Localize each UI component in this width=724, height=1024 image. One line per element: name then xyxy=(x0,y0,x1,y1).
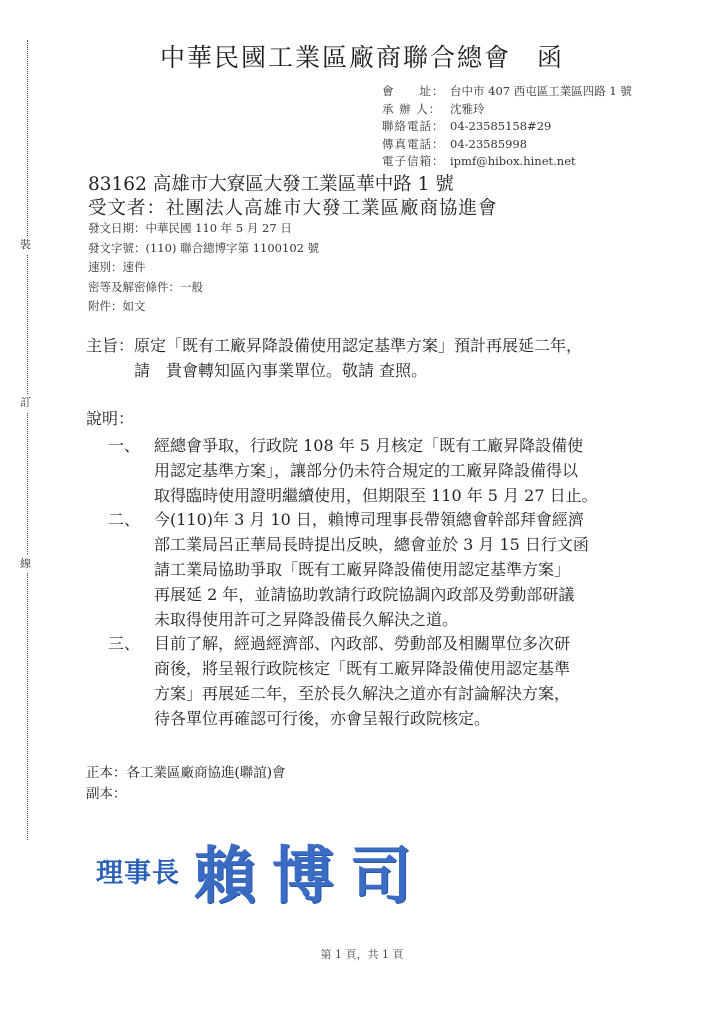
item-line: 待各單位再確認可行後，亦會呈報行政院核定。 xyxy=(154,707,668,732)
item-line: 部工業局呂正華局長時提出反映，總會並於 3 月 15 日行文函 xyxy=(154,533,668,558)
explanation-title: 說明： xyxy=(86,406,134,429)
contact-phone: 聯絡電話：04-23585158#29 xyxy=(382,118,632,136)
explanation-item: 一、 經總會爭取，行政院 108 年 5 月核定「既有工廠昇降設備使 用認定基準… xyxy=(108,434,668,508)
explanation-item: 三、 目前了解，經過經濟部、內政部、勞動部及相關單位多次研 商後，將呈報行政院核… xyxy=(108,632,668,731)
item-line: 商後，將呈報行政院核定「既有工廠昇降設備使用認定基準 xyxy=(154,657,668,682)
attachments: 附件：如文 xyxy=(88,297,319,317)
contact-block: 會 址：台中市 407 西屯區工業區四路 1 號 承 辦 人：沈雅玲 聯絡電話：… xyxy=(382,83,632,171)
signature-stamp: 理事長 賴博司 xyxy=(96,830,428,910)
signature-name: 賴博司 xyxy=(194,826,428,915)
item-line: 經總會爭取，行政院 108 年 5 月核定「既有工廠昇降設備使 xyxy=(154,434,668,459)
item-line: 用認定基準方案」，讓部分仍未符合規定的工廠昇降設備得以 xyxy=(154,459,668,484)
subject-line-2: 請 貴會轉知區內事業單位。敬請 查照。 xyxy=(86,358,582,383)
item-line: 目前了解，經過經濟部、內政部、勞動部及相關單位多次研 xyxy=(154,632,668,657)
document-number: 發文字號：(110) 聯合總博字第 1100102 號 xyxy=(88,239,319,259)
item-line: 請工業局協助爭取「既有工廠昇降設備使用認定基準方案」 xyxy=(154,558,668,583)
explanation-item: 二、 今(110)年 3 月 10 日，賴博司理事長帶領總會幹部拜會經濟 部工業… xyxy=(108,508,668,632)
item-number: 二、 xyxy=(108,508,154,632)
document-meta: 發文日期：中華民國 110 年 5 月 27 日 發文字號：(110) 聯合總博… xyxy=(88,219,319,317)
contact-fax: 傳真電話：04-23585998 xyxy=(382,136,632,154)
subject-line-1: 主旨：原定「既有工廠昇降設備使用認定基準方案」預計再展延二年， xyxy=(86,333,582,358)
original-copy: 正本：各工業區廠商協進(聯誼)會 xyxy=(86,763,286,784)
item-number: 三、 xyxy=(108,632,154,731)
item-line: 方案」再展延二年，至於長久解決之道亦有討論解決方案， xyxy=(154,682,668,707)
subject: 主旨：原定「既有工廠昇降設備使用認定基準方案」預計再展延二年， 請 貴會轉知區內… xyxy=(86,333,582,383)
binding-line xyxy=(27,40,28,840)
item-line: 取得臨時使用證明繼續使用，但期限至 110 年 5 月 27 日止。 xyxy=(154,484,668,509)
contact-address: 會 址：台中市 407 西屯區工業區四路 1 號 xyxy=(382,83,632,101)
binding-mark-ding: 訂 xyxy=(20,394,31,412)
duplicate-copy: 副本： xyxy=(86,784,286,805)
item-line: 今(110)年 3 月 10 日，賴博司理事長帶領總會幹部拜會經濟 xyxy=(154,508,668,533)
urgency: 速別：速件 xyxy=(88,258,319,278)
item-line: 再展延 2 年，並請協助敦請行政院協調內政部及勞動部研議 xyxy=(154,583,668,608)
item-number: 一、 xyxy=(108,434,154,508)
contact-email: 電子信箱：ipmf@hibox.hinet.net xyxy=(382,153,632,171)
confidentiality: 密等及解密條件：一般 xyxy=(88,278,319,298)
contact-handler: 承 辦 人：沈雅玲 xyxy=(382,101,632,119)
recipient: 受文者：社團法人高雄市大發工業區廠商協進會 xyxy=(88,194,498,220)
signature-title: 理事長 xyxy=(96,851,180,890)
recipient-address: 83162 高雄市大寮區大發工業區華中路 1 號 xyxy=(88,170,454,196)
document-type: 函 xyxy=(537,43,564,72)
organization-name: 中華民國工業區廠商聯合總會 xyxy=(160,43,511,72)
copies: 正本：各工業區廠商協進(聯誼)會 副本： xyxy=(86,763,286,805)
document-title: 中華民國工業區廠商聯合總會函 xyxy=(0,38,724,74)
page-number: 第 1 頁，共 1 頁 xyxy=(0,946,724,962)
binding-mark-xian: 線 xyxy=(20,555,31,573)
issue-date: 發文日期：中華民國 110 年 5 月 27 日 xyxy=(88,219,319,239)
item-line: 未取得使用許可之昇降設備長久解決之道。 xyxy=(154,608,668,633)
binding-mark-zhuang: 裝 xyxy=(20,236,31,254)
explanation-list: 一、 經總會爭取，行政院 108 年 5 月核定「既有工廠昇降設備使 用認定基準… xyxy=(108,434,668,732)
